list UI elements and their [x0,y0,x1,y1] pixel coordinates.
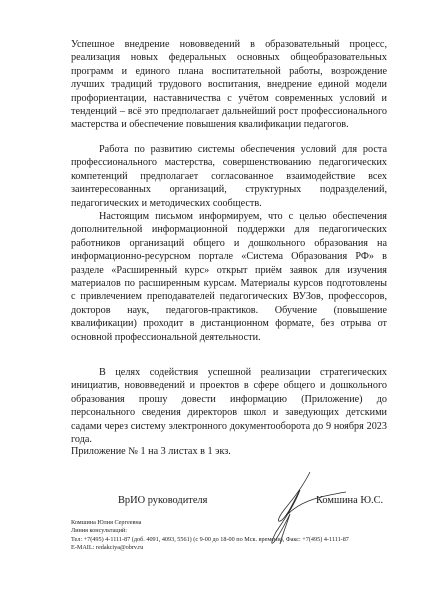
contact-email: E-MAIL: redakciya@obrv.ru [71,544,349,552]
executor-footer: Комшина Юлия Сергеевна Линия консультаци… [71,519,349,553]
contact-phone: Тел: +7(495) 4-1111-87 (доб. 4091, 4093,… [71,536,349,544]
signatory-name: Комшина Ю.С. [316,495,383,506]
executor-name: Комшина Юлия Сергеевна [71,519,349,527]
attachment-note: Приложение № 1 на 3 листах в 1 экз. [71,446,231,457]
paragraph-request: В целях содействия успешной реализации с… [71,366,387,446]
signatory-title: ВрИО руководителя [118,495,207,506]
letter-page: Успешное внедрение нововведений в образо… [0,0,424,600]
paragraph-intro: Успешное внедрение нововведений в образо… [71,38,387,132]
consultation-line-label: Линия консультаций: [71,527,349,535]
paragraph-work: Работа по развитию системы обеспечения у… [71,143,387,210]
paragraph-inform: Настоящим письмом информируем, что с цел… [71,210,387,344]
